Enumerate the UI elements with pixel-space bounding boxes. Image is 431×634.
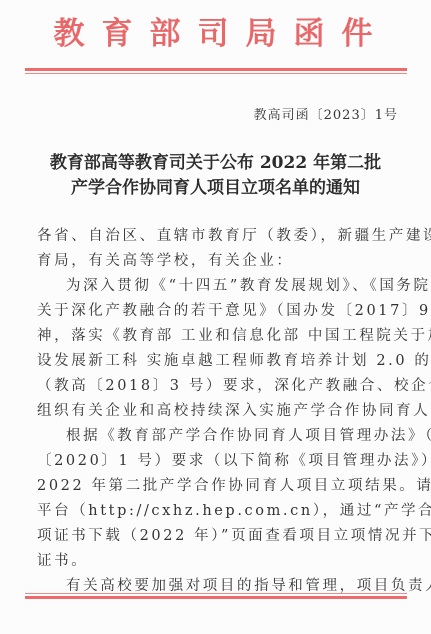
document-page: 教育部司局函件 教高司函〔2023〕1号 教育部高等教育司关于公布 2022 年… <box>0 0 431 634</box>
paragraph-line: 神，落实《教育部 工业和信息化部 中国工程院关于加快建 <box>37 324 405 349</box>
footer-rule-thick <box>25 596 407 599</box>
document-body: 各省、自治区、直辖市教育厅（教委），新疆生产建设兵团教 育局，有关高等学校，有关… <box>37 224 405 599</box>
letterhead-title: 教育部司局函件 <box>0 14 431 54</box>
paragraph-line: 设发展新工科 实施卓越工程师教育培养计划 2.0 的意见》 <box>37 349 405 374</box>
header-rule-thin <box>25 73 407 74</box>
document-title-line-2: 产学合作协同育人项目立项名单的通知 <box>0 176 431 201</box>
paragraph-line: 证书。 <box>37 549 405 574</box>
paragraph-line: 关于深化产教融合的若干意见》（国办发〔2017〕95 号）精 <box>37 299 405 324</box>
paragraph-line: 组织有关企业和高校持续深入实施产学合作协同育人项目。 <box>37 399 405 424</box>
paragraph-line-with-url: 平台（http://cxhz.hep.com.cn），通过“产学合作”—“立 <box>37 499 405 524</box>
document-number: 教高司函〔2023〕1号 <box>254 104 398 123</box>
paragraph-line: （教高〔2018〕3 号）要求，深化产教融合、校企合作，我司 <box>37 374 405 399</box>
paragraph-line: 〔2020〕1 号）要求（以下简称《项目管理办法》），现公布 <box>37 449 405 474</box>
header-rule-thick <box>25 68 407 71</box>
salutation-line: 各省、自治区、直辖市教育厅（教委），新疆生产建设兵团教 <box>37 224 405 249</box>
paragraph-line: 根据《教育部产学合作协同育人项目管理办法》（教高厅 <box>37 424 405 449</box>
document-title: 教育部高等教育司关于公布 2022 年第二批 产学合作协同育人项目立项名单的通知 <box>0 151 431 201</box>
paragraph-line: 项证书下载（2022 年）”页面查看项目立项情况并下载立项 <box>37 524 405 549</box>
paragraph-line: 2022 年第二批产学合作协同育人项目立项结果。请登录项目 <box>37 474 405 499</box>
paragraph-line: 为深入贯彻《“十四五”教育发展规划》、《国务院办公厅 <box>37 274 405 299</box>
footer-rule-thin <box>25 593 407 594</box>
salutation-line: 育局，有关高等学校，有关企业： <box>37 249 405 274</box>
document-title-line-1: 教育部高等教育司关于公布 2022 年第二批 <box>0 151 431 176</box>
